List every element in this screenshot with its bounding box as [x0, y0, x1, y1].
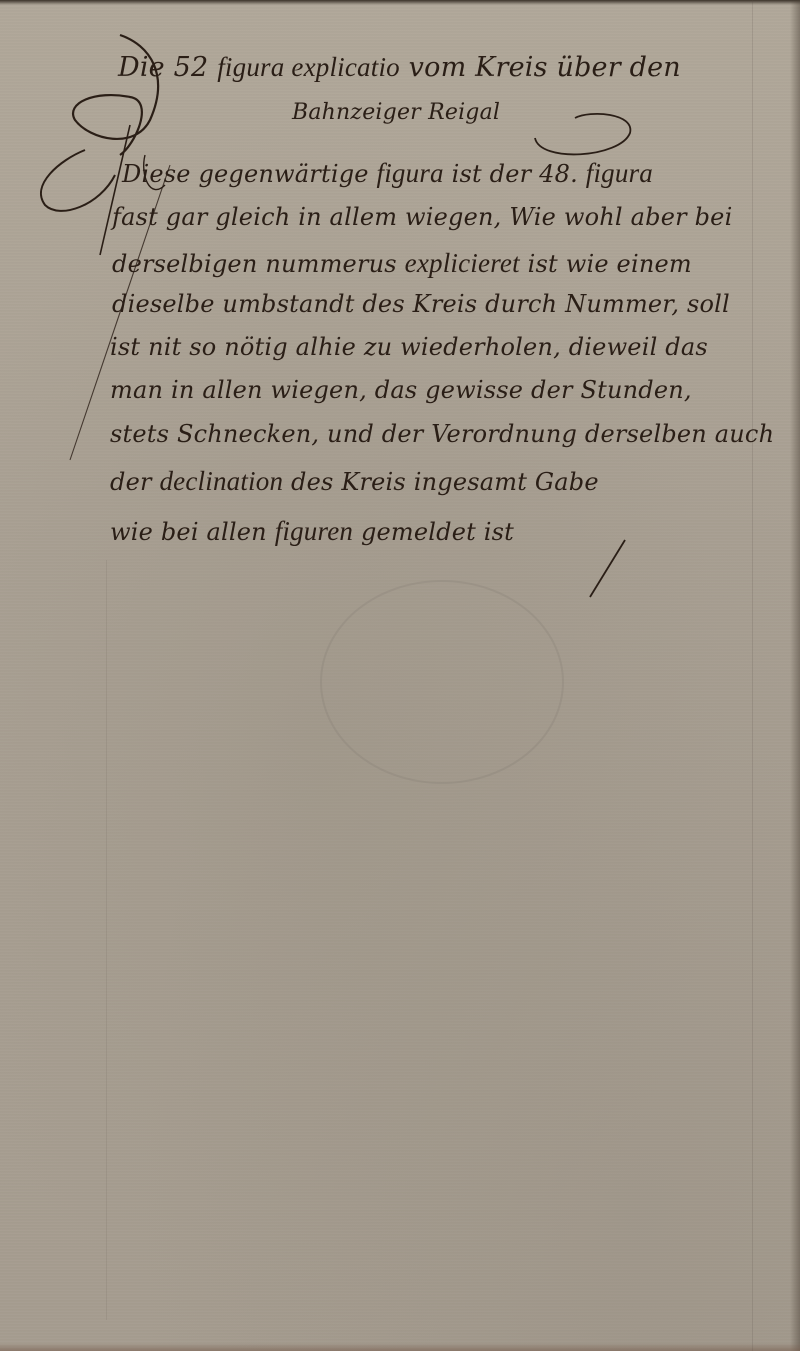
body-line-1: Diese gegenwärtige figura ist der 48. fi… — [122, 158, 653, 189]
page-fold-line — [752, 0, 753, 1351]
page-right-edge — [790, 0, 800, 1351]
margin-ruling — [106, 560, 107, 1320]
body-line-2: fast gar gleich in allem wiegen, Wie woh… — [112, 203, 732, 231]
page-top-edge — [0, 0, 800, 5]
figure-number: 52 — [174, 52, 209, 83]
body-line-4: dieselbe umbstandt des Kreis durch Numme… — [112, 290, 730, 318]
body-line-5: ist nit so nötig alhie zu wiederholen, d… — [110, 333, 708, 361]
body-line-3: derselbigen nummerus explicieret ist wie… — [112, 248, 692, 279]
body-line-8: der declination des Kreis ingesamt Gabe — [110, 466, 599, 497]
body-line-9: wie bei allen figuren gemeldet ist — [110, 516, 514, 547]
heading-latin: figura explicatio — [217, 52, 400, 82]
heading-line-2: Bahnzeiger Reigal — [292, 100, 500, 125]
heading-prefix: Die — [118, 52, 165, 83]
manuscript-page: Die 52 figura explicatio vom Kreis über … — [0, 0, 800, 1351]
body-line-7: stets Schnecken, und der Verordnung ders… — [110, 420, 774, 448]
heading-rest: vom Kreis über den — [409, 52, 681, 83]
end-stroke-icon — [580, 535, 640, 605]
body-line-6: man in allen wiegen, das gewisse der Stu… — [110, 376, 692, 404]
watermark-shadow — [320, 580, 564, 784]
page-bottom-edge — [0, 1343, 800, 1351]
heading-line-1: Die 52 figura explicatio vom Kreis über … — [118, 52, 681, 83]
